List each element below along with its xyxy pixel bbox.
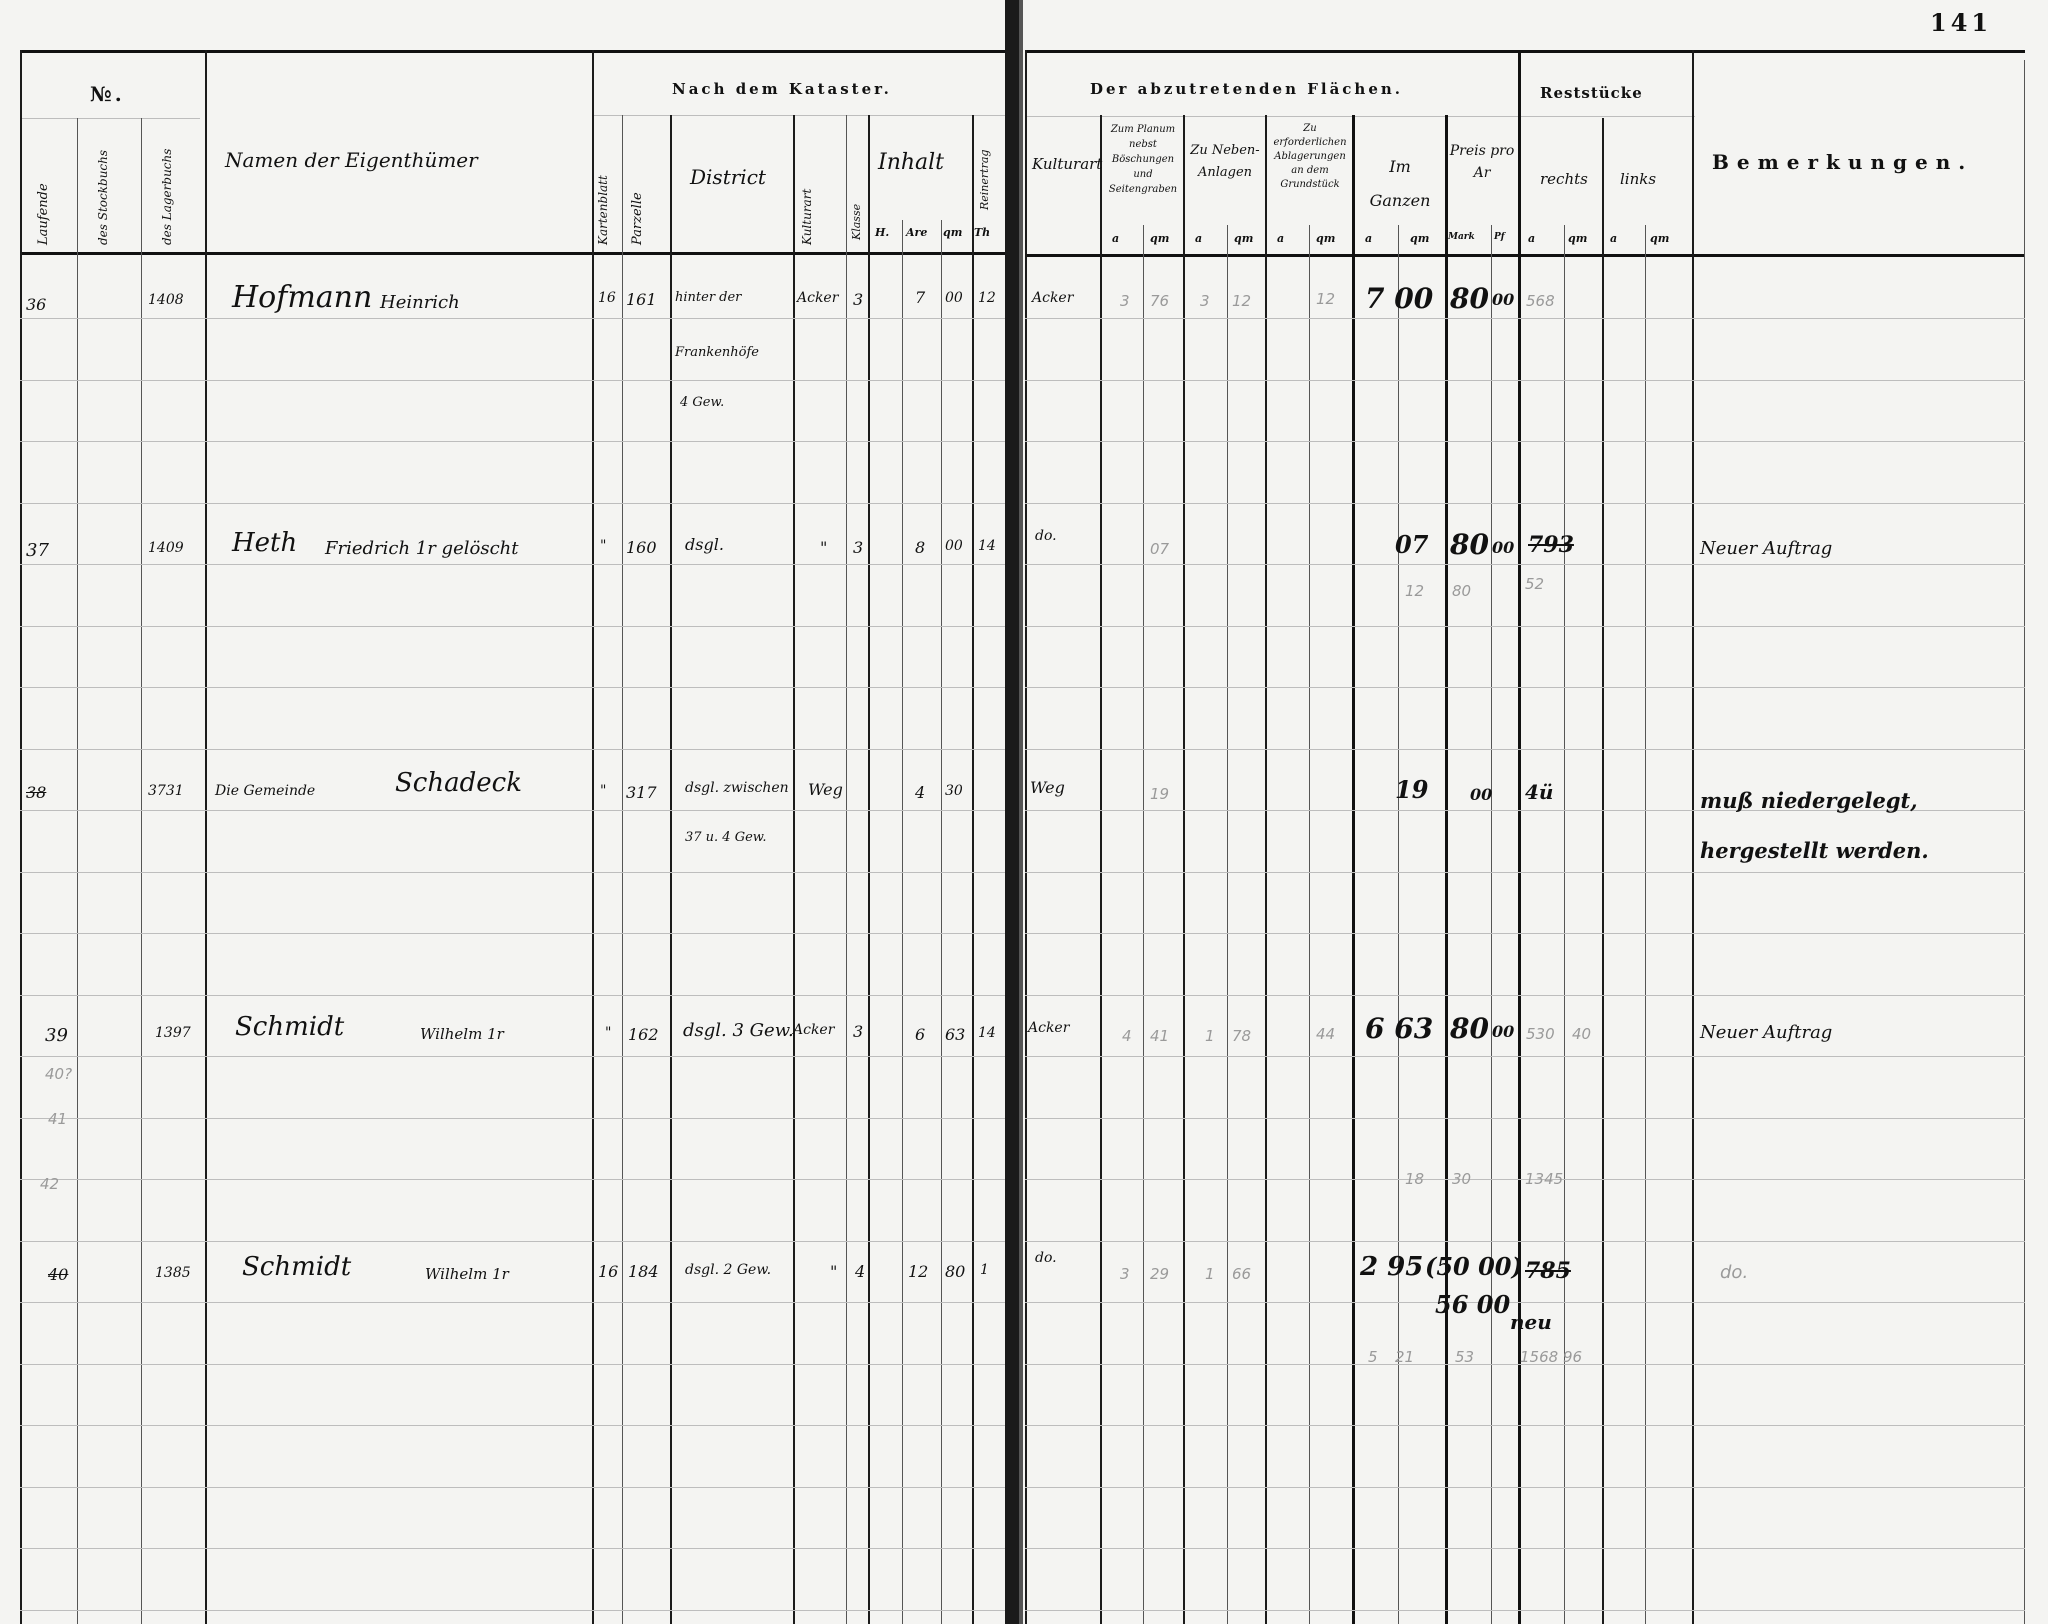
planum-a: 3 — [1120, 292, 1130, 310]
preis-corrected: 56 00 — [1435, 1290, 1510, 1319]
ruled-line — [20, 1179, 1005, 1180]
inhalt-are: 4 — [915, 783, 925, 802]
rest-qm: 40 — [1572, 1025, 1591, 1043]
pencil-note: 18 — [1405, 1170, 1424, 1188]
klasse: 3 — [853, 1022, 863, 1041]
ruled-line — [20, 1056, 1005, 1057]
row-lagerbuch: 1385 — [155, 1265, 191, 1281]
header-reinertrag: Reinertrag — [978, 120, 991, 210]
district-line: 4 Gew. — [680, 395, 724, 410]
ablagerung-qm: 44 — [1316, 1025, 1335, 1043]
district-line: dsgl. zwischen — [685, 780, 789, 796]
remarks: do. — [1720, 1262, 1748, 1283]
im-ganzen: 2 95 — [1360, 1252, 1423, 1282]
im-ganzen: 19 — [1395, 775, 1428, 804]
col-line — [1227, 225, 1228, 1624]
area-kulturart: do. — [1035, 1250, 1057, 1266]
remarks: Neuer Auftrag — [1700, 538, 1832, 559]
row-lagerbuch: 1408 — [148, 292, 184, 308]
ruled-line — [20, 441, 1005, 442]
ruled-line — [1025, 1118, 2025, 1119]
kulturart: Weg — [808, 780, 843, 799]
preis-pf: 00 — [1492, 538, 1514, 557]
reinertrag: 1 — [980, 1262, 989, 1278]
header-rest-rechts: rechts — [1540, 170, 1588, 188]
row-laufende: 38 — [26, 783, 46, 802]
neben-qm: 12 — [1232, 292, 1251, 310]
header-subdivider — [592, 115, 1005, 116]
col-line — [1491, 225, 1492, 1624]
col-line — [20, 50, 22, 1624]
ruled-line — [20, 503, 1005, 504]
ruled-line — [20, 1610, 1005, 1611]
header-area-kulturart: Kulturart — [1032, 155, 1098, 173]
header-kartenblatt: Kartenblatt — [596, 120, 610, 245]
parzelle: 184 — [628, 1262, 659, 1281]
ruled-line — [1025, 1241, 2025, 1242]
top-border-right — [1025, 50, 2025, 53]
pencil-note: 42 — [40, 1175, 59, 1193]
left-page — [0, 0, 1005, 1624]
ruled-line — [1025, 749, 2025, 750]
col-line — [902, 220, 903, 1624]
top-border-left — [20, 50, 1005, 53]
unit-mark: Mark — [1448, 232, 1475, 242]
col-line — [1398, 225, 1399, 1624]
neben-a: 3 — [1200, 292, 1210, 310]
unit-qm: qm — [1150, 232, 1169, 245]
ruled-line — [1025, 564, 2025, 565]
ruled-line — [20, 318, 1005, 319]
planum-qm: 19 — [1150, 785, 1169, 803]
header-klasse: Klasse — [850, 170, 863, 240]
header-planum: Zum Planum nebst Böschungen und Seitengr… — [1103, 122, 1183, 197]
unit-a: a — [1277, 232, 1284, 245]
unit-a: a — [1610, 232, 1617, 245]
neben-qm: 66 — [1232, 1265, 1251, 1283]
ruled-line — [1025, 933, 2025, 934]
unit-a: a — [1112, 232, 1119, 245]
unit-qm: qm — [1410, 232, 1429, 245]
pencil-note: 12 — [1405, 582, 1424, 600]
ruled-line — [1025, 318, 2025, 319]
unit-a: a — [1528, 232, 1535, 245]
rest-note: neu — [1510, 1310, 1552, 1334]
ruled-line — [1025, 1425, 2025, 1426]
planum-qm: 29 — [1150, 1265, 1169, 1283]
kulturart: Acker — [793, 1022, 834, 1038]
col-line — [1183, 115, 1185, 1624]
im-ganzen: 7 00 — [1365, 282, 1433, 315]
kartenblatt: " — [605, 1025, 611, 1041]
header-inhalt-h: H. — [875, 226, 889, 239]
planum-a: 4 — [1122, 1027, 1132, 1045]
col-line — [1352, 115, 1355, 1624]
header-owner: Namen der Eigenthümer — [225, 148, 478, 172]
header-bottom-right — [1025, 254, 2025, 257]
inhalt-qm: 63 — [945, 1025, 965, 1044]
inhalt-are: 7 — [915, 288, 925, 307]
unit-pf: Pf — [1494, 232, 1505, 242]
inhalt-qm: 30 — [945, 783, 963, 799]
im-ganzen: 6 63 — [1365, 1012, 1433, 1045]
ruled-line — [20, 995, 1005, 996]
preis-mark: (50 00) — [1425, 1252, 1523, 1281]
pencil-note: 5 — [1368, 1348, 1378, 1366]
header-inhalt: Inhalt — [878, 150, 944, 175]
row-laufende: 36 — [26, 295, 46, 314]
preis-mark: 80 — [1450, 282, 1489, 315]
district-line: dsgl. 3 Gew. — [683, 1020, 794, 1041]
pencil-note: 80 — [1452, 582, 1471, 600]
rest-rechts: 785 — [1525, 1258, 1571, 1284]
rest-rechts: 4ü — [1525, 780, 1553, 804]
preis-mark: 80 — [1450, 1012, 1489, 1045]
parzelle: 160 — [626, 538, 657, 557]
col-line — [141, 118, 142, 1624]
planum-qm: 76 — [1150, 292, 1169, 310]
ruled-line — [20, 687, 1005, 688]
unit-qm: qm — [1568, 232, 1587, 245]
inhalt-are: 6 — [915, 1025, 925, 1044]
owner-given: Friedrich 1r gelöscht — [325, 538, 518, 559]
ruled-line — [20, 872, 1005, 873]
preis-mark: 80 — [1450, 528, 1489, 561]
col-line — [868, 115, 870, 1624]
inhalt-qm: 00 — [945, 538, 963, 554]
ablagerung-qm: 12 — [1316, 290, 1335, 308]
owner-surname: Schmidt — [242, 1252, 351, 1282]
ruled-line — [20, 380, 1005, 381]
header-bottom-left — [20, 252, 1005, 255]
kulturart: " — [820, 538, 827, 557]
district-line: dsgl. 2 Gew. — [685, 1262, 771, 1278]
header-no: №. — [90, 82, 125, 106]
col-line — [592, 50, 594, 1624]
book-gutter — [1005, 0, 1019, 1624]
im-ganzen: 07 — [1395, 530, 1428, 559]
pencil-note: 1568 96 — [1520, 1348, 1582, 1366]
col-line — [1602, 118, 1604, 1624]
header-preis: Preis pro Ar — [1448, 140, 1516, 184]
rest-rechts: 530 — [1526, 1025, 1555, 1043]
parzelle: 317 — [626, 783, 657, 802]
kartenblatt: " — [600, 538, 606, 554]
header-parzelle: Parzelle — [630, 120, 645, 245]
kartenblatt: 16 — [598, 1262, 618, 1281]
ruled-line — [20, 810, 1005, 811]
neben-qm: 78 — [1232, 1027, 1251, 1045]
remarks: muß niedergelegt, hergestellt werden. — [1700, 776, 1940, 876]
col-line — [1445, 115, 1448, 1624]
header-reinertrag-th: Th — [974, 226, 990, 239]
ruled-line — [20, 933, 1005, 934]
reinertrag: 14 — [978, 538, 996, 554]
preis-mark: 00 — [1470, 785, 1492, 804]
ruled-line — [1025, 1302, 2025, 1303]
pencil-note: 21 — [1395, 1348, 1414, 1366]
ruled-line — [20, 1302, 1005, 1303]
neben-a: 1 — [1205, 1027, 1215, 1045]
unit-qm: qm — [1234, 232, 1253, 245]
row-laufende: 39 — [45, 1025, 68, 1046]
pencil-note: 1345 — [1525, 1170, 1563, 1188]
header-cadastre-group: Nach dem Kataster. — [672, 80, 892, 98]
col-line — [2024, 60, 2025, 1624]
pencil-note: 41 — [48, 1110, 67, 1128]
inhalt-are: 8 — [915, 538, 925, 557]
owner-surname: Heth — [232, 528, 297, 558]
col-line — [622, 115, 623, 1624]
col-line — [1265, 115, 1267, 1624]
klasse: 3 — [853, 290, 863, 309]
pencil-note: 30 — [1452, 1170, 1471, 1188]
book-gutter-edge — [1019, 0, 1023, 1624]
inhalt-are: 12 — [908, 1262, 928, 1281]
rest-rechts: 568 — [1526, 292, 1555, 310]
header-areas-group: Der abzutretenden Flächen. — [1090, 80, 1403, 98]
header-laufende: Laufende — [36, 130, 51, 245]
col-line — [1645, 225, 1646, 1624]
ruled-line — [1025, 995, 2025, 996]
ruled-line — [1025, 626, 2025, 627]
row-lagerbuch: 3731 — [148, 783, 184, 799]
kartenblatt: " — [600, 783, 606, 799]
header-inhalt-qm: qm — [943, 226, 962, 239]
header-district: District — [690, 165, 766, 189]
pencil-note: 52 — [1525, 575, 1544, 593]
kulturart: " — [830, 1262, 837, 1281]
header-remarks: Bemerkungen. — [1712, 150, 1973, 174]
neben-a: 1 — [1205, 1265, 1215, 1283]
planum-qm: 41 — [1150, 1027, 1169, 1045]
unit-a: a — [1365, 232, 1372, 245]
row-laufende: 37 — [26, 540, 49, 561]
owner-surname: Hofmann — [232, 280, 372, 315]
header-rest-links: links — [1620, 170, 1656, 188]
row-lagerbuch: 1397 — [155, 1025, 191, 1041]
preis-pf: 00 — [1492, 1022, 1514, 1041]
district-line: 37 u. 4 Gew. — [685, 830, 767, 845]
parzelle: 161 — [626, 290, 657, 309]
district-line: Frankenhöfe — [675, 345, 759, 360]
preis-pf: 00 — [1492, 290, 1514, 309]
area-kulturart: Acker — [1032, 290, 1073, 306]
ruled-line — [20, 626, 1005, 627]
ruled-line — [20, 749, 1005, 750]
header-inhalt-are: Are — [906, 226, 927, 239]
col-line — [1025, 50, 1027, 1624]
col-line — [1100, 115, 1102, 1624]
parzelle: 162 — [628, 1025, 659, 1044]
owner-given: Heinrich — [380, 292, 460, 313]
district-line: hinter der — [675, 290, 741, 305]
ruled-line — [20, 564, 1005, 565]
col-line — [972, 115, 974, 1624]
pencil-note: 53 — [1455, 1348, 1474, 1366]
inhalt-qm: 00 — [945, 290, 963, 306]
ruled-line — [1025, 1548, 2025, 1549]
ruled-line — [1025, 503, 2025, 504]
page-number: 141 — [1930, 8, 1992, 37]
planum-a: 3 — [1120, 1265, 1130, 1283]
unit-qm: qm — [1316, 232, 1335, 245]
col-line — [846, 115, 847, 1624]
ruled-line — [1025, 1487, 2025, 1488]
klasse: 3 — [853, 538, 863, 557]
ruled-line — [20, 1487, 1005, 1488]
ruled-line — [1025, 1610, 2025, 1611]
ruled-line — [20, 1548, 1005, 1549]
ruled-line — [20, 1118, 1005, 1119]
area-kulturart: Acker — [1028, 1020, 1069, 1036]
header-rest-group: Reststücke — [1540, 84, 1643, 102]
header-subdivider — [20, 118, 200, 119]
klasse: 4 — [855, 1262, 865, 1281]
ruled-line — [20, 1364, 1005, 1365]
owner-given: Die Gemeinde — [215, 783, 315, 799]
planum-qm: 07 — [1150, 540, 1169, 558]
area-kulturart: do. — [1035, 528, 1057, 544]
owner-given: Wilhelm 1r — [420, 1025, 504, 1043]
row-lagerbuch: 1409 — [148, 540, 184, 556]
rest-rechts: 793 — [1528, 532, 1574, 558]
reinertrag: 14 — [978, 1025, 996, 1041]
owner-given: Wilhelm 1r — [425, 1265, 509, 1283]
ruled-line — [20, 1425, 1005, 1426]
owner-surname: Schmidt — [235, 1012, 344, 1042]
col-line — [1518, 50, 1521, 1624]
ruled-line — [1025, 380, 2025, 381]
row-laufende: 40 — [48, 1265, 68, 1284]
col-line — [670, 115, 672, 1624]
header-ablagerung: Zu erforderlichen Ablagerungen an dem Gr… — [1268, 122, 1352, 192]
header-ganzen: Im Ganzen — [1360, 150, 1440, 218]
district-line: dsgl. — [685, 535, 724, 554]
col-line — [205, 50, 207, 1624]
kartenblatt: 16 — [598, 290, 616, 306]
pencil-note: 40? — [45, 1065, 72, 1083]
col-line — [1692, 50, 1694, 1624]
ruled-line — [1025, 441, 2025, 442]
area-kulturart: Weg — [1030, 778, 1065, 797]
owner-surname: Schadeck — [395, 768, 522, 798]
header-lagerbuch: des Lagerbuchs — [160, 130, 174, 245]
unit-a: a — [1195, 232, 1202, 245]
reinertrag: 12 — [978, 290, 996, 306]
ruled-line — [20, 1241, 1005, 1242]
col-line — [1564, 225, 1565, 1624]
inhalt-qm: 80 — [945, 1262, 965, 1281]
kulturart: Acker — [797, 290, 838, 306]
col-line — [1309, 225, 1310, 1624]
header-neben: Zu Neben-Anlagen — [1186, 140, 1264, 184]
ruled-line — [1025, 687, 2025, 688]
ruled-line — [1025, 1056, 2025, 1057]
header-stockbuch: des Stockbuchs — [96, 130, 110, 245]
header-kulturart: Kulturart — [800, 120, 814, 245]
remarks: Neuer Auftrag — [1700, 1022, 1832, 1043]
header-subdivider — [1025, 116, 1695, 117]
unit-qm: qm — [1650, 232, 1669, 245]
col-line — [793, 115, 795, 1624]
col-line — [77, 118, 78, 1624]
col-line — [941, 220, 942, 1624]
col-line — [1143, 225, 1144, 1624]
